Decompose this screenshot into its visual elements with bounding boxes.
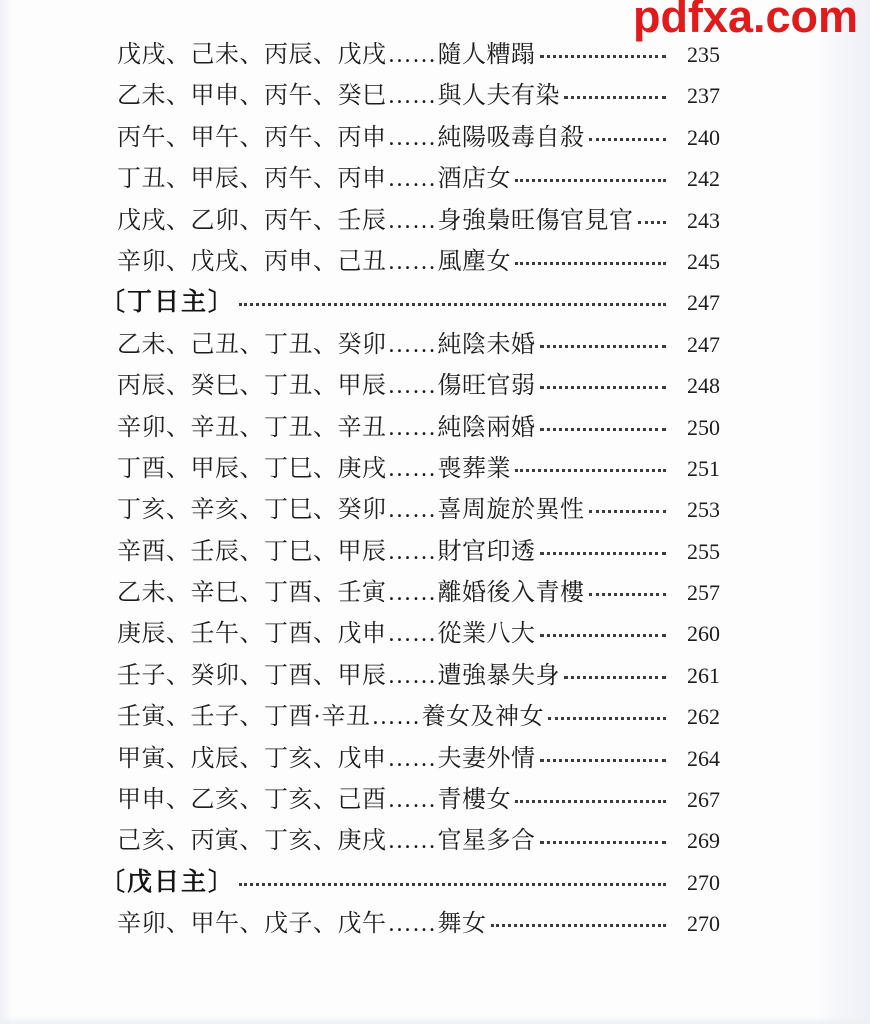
dot-leader — [540, 428, 667, 431]
entry-description: 遭強暴失身 — [438, 656, 561, 697]
watermark-text: pdfxa.com — [633, 0, 858, 43]
entry-description: 從業八大 — [438, 614, 536, 655]
entry-page-number: 250 — [674, 407, 720, 448]
page-edge-left — [0, 0, 12, 1024]
toc-entry[interactable]: 庚辰、壬午、丁酉、戊申……從業八大 260 — [100, 613, 720, 654]
entry-separator: …… — [388, 201, 437, 242]
toc-entry[interactable]: 丙午、甲午、丙午、丙申……純陽吸毒自殺 240 — [100, 117, 720, 158]
dot-leader — [515, 262, 666, 265]
dot-leader — [548, 717, 666, 720]
dot-leader — [540, 55, 667, 58]
page-edge-bottom — [0, 1016, 870, 1024]
toc-entry[interactable]: 丁酉、甲辰、丁巳、庚戌……喪葬業 251 — [100, 448, 720, 489]
entry-description: 青樓女 — [438, 780, 512, 821]
entry-page-number: 242 — [674, 158, 720, 199]
entry-page-number: 240 — [674, 117, 720, 158]
dot-leader — [540, 759, 667, 762]
entry-pillars: 戊戌、己未、丙辰、戊戌 — [117, 35, 387, 76]
entry-description: 喜周旋於異性 — [438, 490, 585, 531]
toc-entry[interactable]: 乙未、己丑、丁丑、癸卯……純陰未婚 247 — [100, 324, 720, 365]
entry-page-number: 260 — [674, 613, 720, 654]
entry-description: 離婚後入青樓 — [438, 573, 585, 614]
entry-separator: …… — [388, 739, 437, 780]
entry-description: 風塵女 — [438, 242, 512, 283]
entry-separator: …… — [388, 35, 437, 76]
dot-leader — [540, 841, 667, 844]
entry-page-number: 262 — [674, 696, 720, 737]
entry-separator: …… — [388, 904, 437, 945]
entry-separator: …… — [388, 408, 437, 449]
entry-description: 純陰未婚 — [438, 325, 536, 366]
toc-entry[interactable]: 丁亥、辛亥、丁巳、癸卯……喜周旋於異性 253 — [100, 489, 720, 530]
entry-pillars: 丙辰、癸巳、丁丑、甲辰 — [117, 366, 387, 407]
entry-description: 養女及神女 — [422, 697, 545, 738]
entry-page-number: 270 — [674, 903, 720, 944]
toc-entry[interactable]: 戊戌、己未、丙辰、戊戌……隨人糟蹋 235 — [100, 34, 720, 75]
dot-leader — [515, 179, 666, 182]
entry-page-number: 267 — [674, 779, 720, 820]
entry-page-number: 253 — [674, 489, 720, 530]
toc-entry[interactable]: 辛卯、辛丑、丁丑、辛丑……純陰兩婚 250 — [100, 407, 720, 448]
section-page-number: 270 — [674, 862, 720, 903]
toc-entry[interactable]: 戊戌、乙卯、丙午、壬辰……身強梟旺傷官見官 243 — [100, 200, 720, 241]
entry-page-number: 245 — [674, 241, 720, 282]
entry-separator: …… — [388, 573, 437, 614]
dot-leader — [540, 552, 667, 555]
dot-leader — [239, 303, 666, 306]
entry-separator: …… — [388, 325, 437, 366]
scanned-toc-page: pdfxa.com 戊戌、己未、丙辰、戊戌……隨人糟蹋 235 乙未、甲申、丙午… — [0, 0, 870, 1024]
entry-pillars: 甲申、乙亥、丁亥、己酉 — [117, 780, 387, 821]
entry-separator: …… — [388, 490, 437, 531]
dot-leader — [540, 634, 667, 637]
entry-description: 舞女 — [438, 904, 487, 945]
entry-pillars: 辛卯、甲午、戊子、戊午 — [117, 904, 387, 945]
dot-leader — [515, 469, 666, 472]
entry-separator: …… — [388, 532, 437, 573]
dot-leader — [564, 96, 666, 99]
entry-pillars: 戊戌、乙卯、丙午、壬辰 — [117, 201, 387, 242]
toc-section-header[interactable]: 〔戊日主〕 270 — [100, 862, 720, 903]
toc-entry[interactable]: 丙辰、癸巳、丁丑、甲辰……傷旺官弱 248 — [100, 365, 720, 406]
entry-description: 官星多合 — [438, 821, 536, 862]
entry-page-number: 269 — [674, 820, 720, 861]
entry-pillars: 乙未、甲申、丙午、癸巳 — [117, 76, 387, 117]
entry-separator: …… — [372, 697, 421, 738]
entry-pillars: 辛卯、戊戌、丙申、己丑 — [117, 242, 387, 283]
entry-page-number: 248 — [674, 365, 720, 406]
section-title: 〔丁日主〕 — [100, 282, 235, 323]
entry-description: 與人夫有染 — [438, 76, 561, 117]
dot-leader — [589, 510, 667, 513]
entry-description: 夫妻外情 — [438, 739, 536, 780]
entry-separator: …… — [388, 76, 437, 117]
dot-leader — [540, 386, 667, 389]
dot-leader — [589, 138, 667, 141]
toc-entry[interactable]: 丁丑、甲辰、丙午、丙申……酒店女 242 — [100, 158, 720, 199]
dot-leader — [589, 593, 667, 596]
dot-leader — [564, 676, 666, 679]
entry-description: 隨人糟蹋 — [438, 35, 536, 76]
toc-entry[interactable]: 壬子、癸卯、丁酉、甲辰……遭強暴失身 261 — [100, 655, 720, 696]
entry-separator: …… — [388, 780, 437, 821]
entry-separator: …… — [388, 118, 437, 159]
toc-entry[interactable]: 己亥、丙寅、丁亥、庚戌……官星多合 269 — [100, 820, 720, 861]
toc-entry[interactable]: 辛酉、壬辰、丁巳、甲辰……財官印透 255 — [100, 531, 720, 572]
entry-separator: …… — [388, 159, 437, 200]
page-edge-right — [815, 0, 870, 1024]
entry-separator: …… — [388, 821, 437, 862]
dot-leader — [491, 924, 667, 927]
entry-pillars: 辛酉、壬辰、丁巳、甲辰 — [117, 532, 387, 573]
toc-entry[interactable]: 壬寅、壬子、丁酉·辛丑……養女及神女 262 — [100, 696, 720, 737]
toc-entry[interactable]: 乙未、辛巳、丁酉、壬寅……離婚後入青樓 257 — [100, 572, 720, 613]
dot-leader — [239, 883, 666, 886]
entry-pillars: 甲寅、戊辰、丁亥、戊申 — [117, 739, 387, 780]
entry-pillars: 己亥、丙寅、丁亥、庚戌 — [117, 821, 387, 862]
toc-entry[interactable]: 甲寅、戊辰、丁亥、戊申……夫妻外情 264 — [100, 738, 720, 779]
entry-pillars: 壬寅、壬子、丁酉·辛丑 — [117, 697, 371, 738]
entry-pillars: 庚辰、壬午、丁酉、戊申 — [117, 614, 387, 655]
dot-leader — [540, 345, 667, 348]
entry-page-number: 257 — [674, 572, 720, 613]
entry-description: 身強梟旺傷官見官 — [438, 201, 634, 242]
entry-pillars: 丙午、甲午、丙午、丙申 — [117, 118, 387, 159]
toc-list: 戊戌、己未、丙辰、戊戌……隨人糟蹋 235 乙未、甲申、丙午、癸巳……與人夫有染… — [100, 34, 720, 945]
entry-separator: …… — [388, 366, 437, 407]
section-title: 〔戊日主〕 — [100, 862, 235, 903]
entry-pillars: 丁酉、甲辰、丁巳、庚戌 — [117, 449, 387, 490]
entry-description: 酒店女 — [438, 159, 512, 200]
toc-section-header[interactable]: 〔丁日主〕 247 — [100, 282, 720, 323]
toc-entry[interactable]: 辛卯、戊戌、丙申、己丑……風塵女 245 — [100, 241, 720, 282]
entry-pillars: 乙未、辛巳、丁酉、壬寅 — [117, 573, 387, 614]
entry-pillars: 丁丑、甲辰、丙午、丙申 — [117, 159, 387, 200]
entry-separator: …… — [388, 614, 437, 655]
toc-entry[interactable]: 辛卯、甲午、戊子、戊午……舞女 270 — [100, 903, 720, 944]
dot-leader — [638, 221, 667, 224]
entry-page-number: 261 — [674, 655, 720, 696]
toc-entry[interactable]: 甲申、乙亥、丁亥、己酉……青樓女 267 — [100, 779, 720, 820]
entry-page-number: 247 — [674, 324, 720, 365]
entry-description: 財官印透 — [438, 532, 536, 573]
entry-separator: …… — [388, 449, 437, 490]
entry-page-number: 237 — [674, 75, 720, 116]
entry-description: 喪葬業 — [438, 449, 512, 490]
entry-page-number: 255 — [674, 531, 720, 572]
section-page-number: 247 — [674, 282, 720, 323]
entry-description: 傷旺官弱 — [438, 366, 536, 407]
entry-description: 純陽吸毒自殺 — [438, 118, 585, 159]
entry-pillars: 壬子、癸卯、丁酉、甲辰 — [117, 656, 387, 697]
entry-page-number: 243 — [674, 200, 720, 241]
entry-page-number: 251 — [674, 448, 720, 489]
entry-description: 純陰兩婚 — [438, 408, 536, 449]
entry-pillars: 丁亥、辛亥、丁巳、癸卯 — [117, 490, 387, 531]
dot-leader — [515, 800, 666, 803]
entry-page-number: 264 — [674, 738, 720, 779]
entry-pillars: 乙未、己丑、丁丑、癸卯 — [117, 325, 387, 366]
entry-separator: …… — [388, 242, 437, 283]
entry-separator: …… — [388, 656, 437, 697]
entry-pillars: 辛卯、辛丑、丁丑、辛丑 — [117, 408, 387, 449]
toc-entry[interactable]: 乙未、甲申、丙午、癸巳……與人夫有染 237 — [100, 75, 720, 116]
